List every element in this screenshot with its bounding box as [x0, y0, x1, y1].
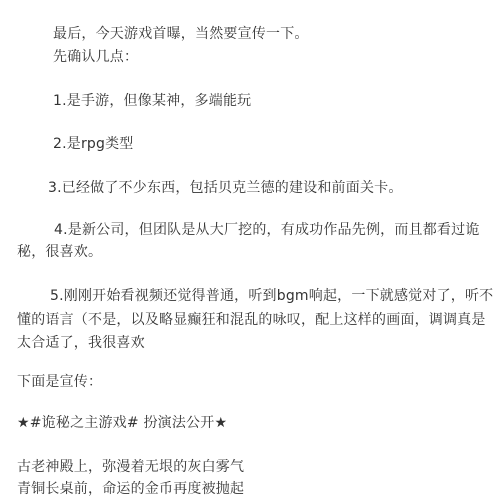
- document-body: 最后，今天游戏首曝，当然要宣传一下。 先确认几点： 1.是手游，但像某神，多端能…: [0, 0, 500, 502]
- point-5-line: 太合适了，我很喜欢: [17, 333, 145, 353]
- promo-title: ★#诡秘之主游戏# 扮演法公开★: [17, 413, 227, 433]
- promo-heading: 下面是宣传：: [17, 372, 102, 392]
- point-5-line: 5.刚刚开始看视频还觉得普通，听到bgm响起，一下就感觉对了，听不: [50, 286, 493, 306]
- intro-line: 最后，今天游戏首曝，当然要宣传一下。: [53, 24, 309, 44]
- point-3: 3.已经做了不少东西，包括贝克兰德的建设和前面关卡。: [48, 178, 403, 198]
- intro-line: 先确认几点：: [53, 47, 138, 67]
- point-2: 2.是rpg类型: [53, 134, 134, 154]
- promo-line: 古老神殿上，弥漫着无垠的灰白雾气: [17, 457, 244, 477]
- point-4-line: 秘，很喜欢。: [17, 242, 102, 262]
- promo-line: 青铜长桌前，命运的金币再度被抛起: [17, 479, 244, 499]
- point-1: 1.是手游，但像某神，多端能玩: [53, 91, 251, 111]
- point-5-line: 懂的语言（不是，以及略显癫狂和混乱的咏叹，配上这样的画面，调调真是: [17, 310, 486, 330]
- point-4-line: 4.是新公司，但团队是从大厂挖的，有成功作品先例，而且都看过诡: [54, 220, 480, 240]
